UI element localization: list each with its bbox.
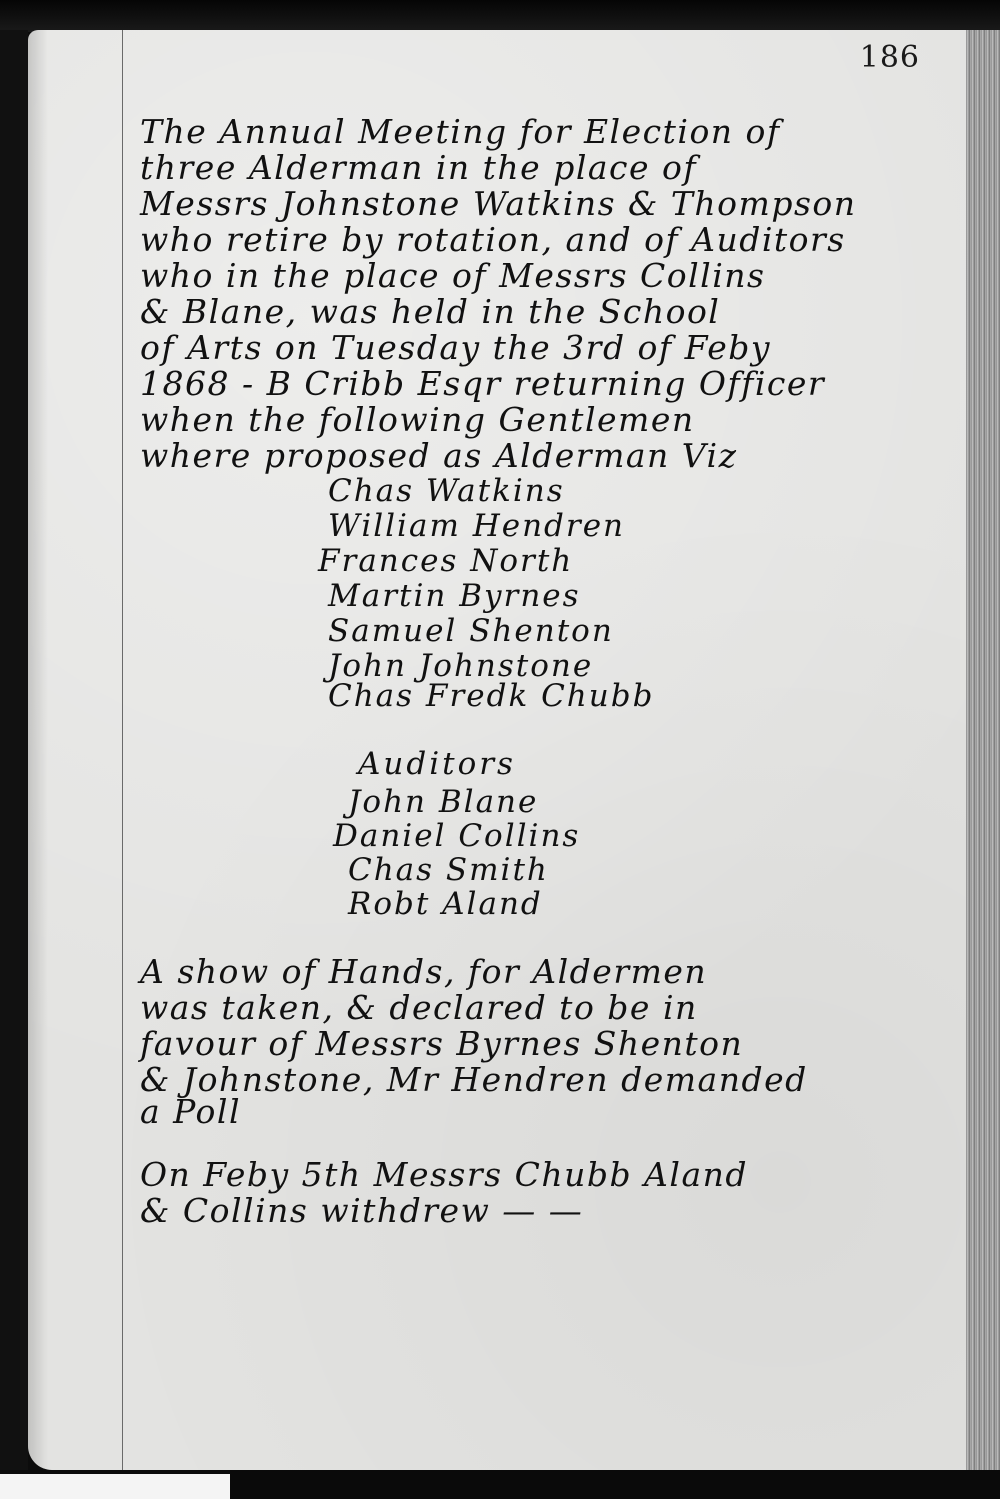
nominee-name: Samuel Shenton (328, 613, 614, 649)
paragraph-line: where proposed as Alderman Viz (140, 436, 737, 475)
ledger-page: 186 The Annual Meeting for Election of t… (28, 30, 968, 1470)
scan-top-border (0, 0, 1000, 32)
scanned-document: 186 The Annual Meeting for Election of t… (0, 0, 1000, 1499)
book-page-edges (966, 30, 1000, 1470)
margin-rule (122, 30, 123, 1470)
paragraph-line: Messrs Johnstone Watkins & Thompson (140, 184, 857, 223)
scan-label-patch (0, 1474, 230, 1499)
auditors-heading: Auditors (358, 746, 516, 782)
paragraph-line: who in the place of Messrs Collins (140, 256, 765, 295)
auditor-name: Chas Smith (348, 852, 549, 888)
book-spine (0, 30, 28, 1470)
paragraph-line: A show of Hands, for Aldermen (140, 952, 707, 991)
nominee-name: Chas Watkins (328, 473, 565, 509)
paragraph-line: The Annual Meeting for Election of (140, 112, 781, 151)
paragraph-line: was taken, & declared to be in (140, 988, 698, 1027)
paragraph-line: & Blane, was held in the School (140, 292, 720, 331)
paragraph-line: who retire by rotation, and of Auditors (140, 220, 846, 259)
paragraph-line: three Alderman in the place of (140, 148, 697, 187)
auditor-name: John Blane (348, 784, 538, 820)
paragraph-line: On Feby 5th Messrs Chubb Aland (140, 1155, 748, 1194)
nominee-name: Frances North (318, 543, 573, 579)
page-number: 186 (860, 40, 920, 75)
paragraph-line: when the following Gentlemen (140, 400, 695, 439)
auditor-name: Robt Aland (348, 886, 543, 922)
nominee-name: William Hendren (328, 508, 625, 544)
paragraph-line: 1868 - B Cribb Esqr returning Officer (140, 364, 825, 403)
paragraph-line: & Collins withdrew — — (140, 1191, 583, 1230)
nominee-name: Martin Byrnes (328, 578, 581, 614)
nominee-name: Chas Fredk Chubb (328, 678, 654, 714)
paragraph-line: a Poll (140, 1092, 241, 1131)
page-gutter-shadow (28, 30, 48, 1470)
paragraph-line: of Arts on Tuesday the 3rd of Feby (140, 328, 771, 367)
paragraph-line: favour of Messrs Byrnes Shenton (140, 1024, 743, 1063)
auditor-name: Daniel Collins (333, 818, 580, 854)
